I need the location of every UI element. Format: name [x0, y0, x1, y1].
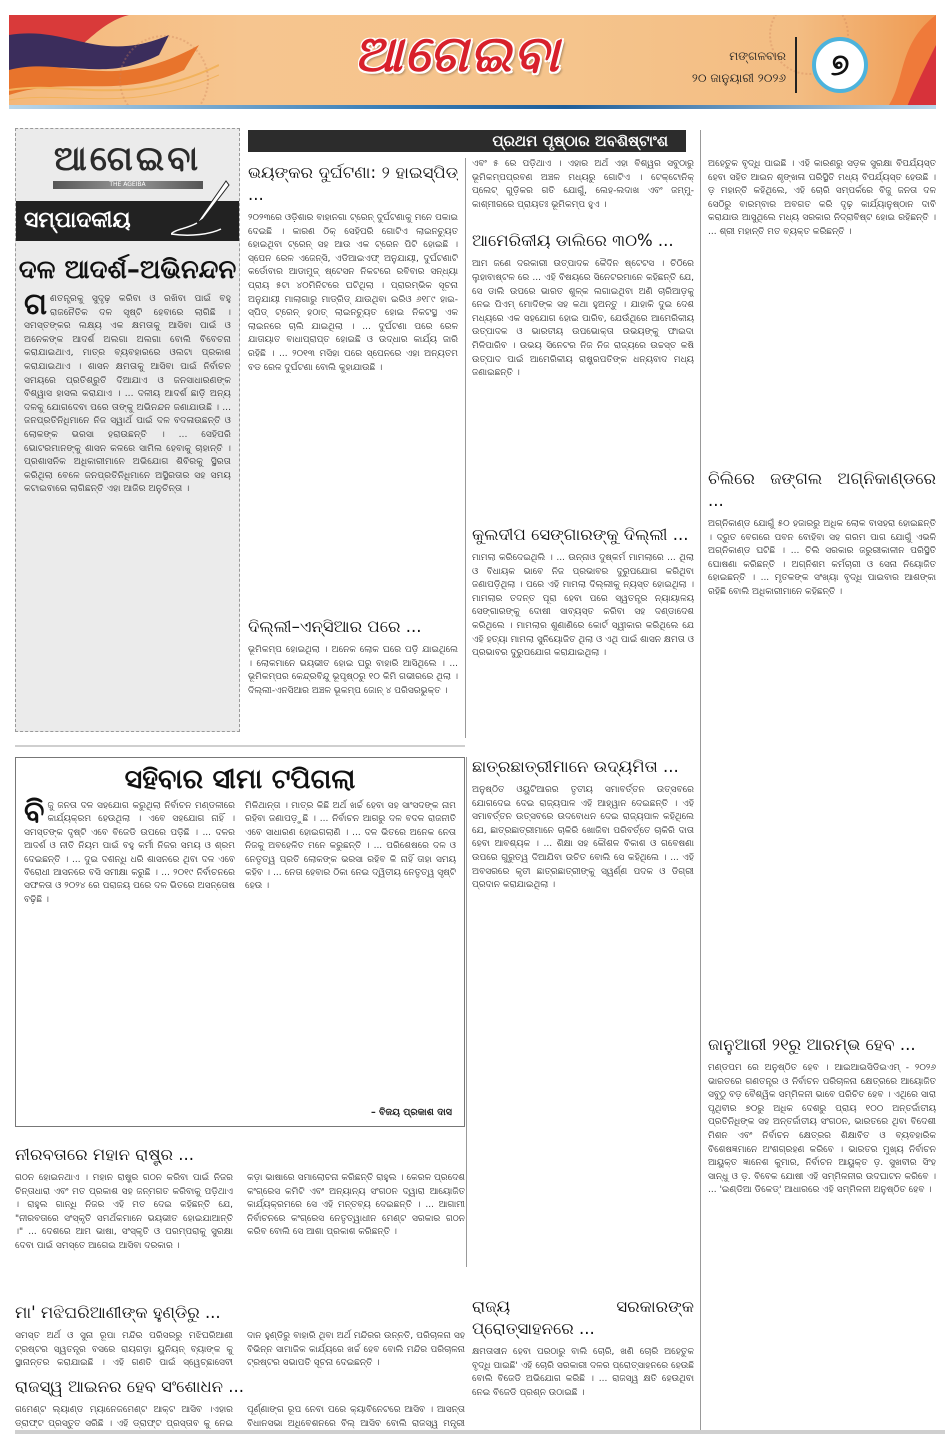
section-header: ପ୍ରଥମ ପୃଷ୍ଠାର ଅବଶିଷ୍ଟାଂଶ: [248, 130, 686, 152]
headline[interactable]: ଭୟଙ୍କର ଦୁର୍ଘଟଣା: ୨ ହାଇସ୍ପିଡ୍ ...: [248, 162, 458, 206]
headline[interactable]: ରାଜସ୍ୱ ଆଇନର ହେବ ସଂଶୋଧନ ...: [15, 1376, 465, 1398]
story-american-dal: ଏବଂ ୫ ରେ ପଡ଼ିଥାଏ । ଏହାର ଅର୍ଥ ଏହା ବିଶ୍ୱର …: [472, 158, 694, 533]
story-silence-nation: ନୀରବତାରେ ମହାନ ରାଷ୍ଟ୍ର ... ଗଠନ ହୋଇନଥାଏ । …: [15, 1140, 465, 1290]
editorial-banner-label: ସମ୍ପାଦକୀୟ: [24, 208, 131, 233]
story-body: ମାମଲା କରିଦେଇଥିଲି । ... ଉନ୍ନାଓ ଦୁଷ୍କର୍ମ ମ…: [472, 552, 694, 661]
story-col-1: ସମସ୍ତ ଅର୍ଥ ଓ ସୁନା ରୂପା ମନ୍ଦିର ପରିସରରୁ ମଝ…: [15, 1330, 233, 1370]
page-footer-rule: [15, 1430, 945, 1434]
story-col-1: ଗଠନ ହୋଇନଥାଏ । ମହାନ ରାଷ୍ଟ୍ର ଗଠନ କରିବା ପାଇ…: [15, 1172, 233, 1254]
headline[interactable]: ଛାତ୍ରଛାତ୍ରୀମାନେ ଉଦ୍ୟମିତା ...: [472, 756, 694, 778]
story-col-2: ପୂର୍ଣ୍ଣାଙ୍ଗ ରୂପ ନେବା ପରେ କ୍ୟାବିନେଟରେ ଆସି…: [247, 1404, 465, 1430]
masthead: ଆଗେଇବା ମଙ୍ଗଳବାର ୨୦ ଜାନୁୟାରୀ ୨୦୨୬ ୭: [9, 15, 936, 109]
story-delhi-ncr: ଦିଲ୍ଲୀ–ଏନ୍‌ସିଆର ପରେ ... ଭୂମିକମ୍ପ ହୋଇଥିଲା…: [248, 612, 458, 737]
page-number-badge: ୭: [812, 37, 868, 93]
featured-text: ଜୁ ଜନତା ଦଳ ସହଯୋଗ କରୁଥିଲା ନିର୍ବାଚନ ମଣ୍ଡଳୀ…: [24, 801, 235, 905]
featured-headline[interactable]: ସହିବାର ସୀମା ଟପିଗଲା: [16, 758, 464, 796]
story-chile-fire: ଅହେତୁକ ବୃଦ୍ଧି ପାଇଛି । ଏହି କାରଣରୁ ସଡ଼କ ସୁ…: [708, 158, 936, 1063]
weekday: ମଙ୍ଗଳବାର: [692, 45, 786, 67]
dropcap: ଗ: [24, 292, 47, 318]
headline[interactable]: ରାଜ୍ୟ ସରକାରଙ୍କ ପ୍ରୋତ୍ସାହନରେ ...: [472, 1296, 694, 1340]
story-columns: ଗମେଣ୍ଟ ଲ୍ୟାଣ୍ଡ ମ୍ୟାନେଜମେଣ୍ଟ ଆକ୍ଟ ଆସିବ ।ଏ…: [15, 1404, 465, 1430]
divider: [15, 745, 465, 747]
column-divider: [700, 130, 701, 1430]
dropcap: ବି: [24, 800, 44, 826]
story-body: ଅଗ୍ନିକାଣ୍ଡ ଯୋଗୁଁ ୫୦ ହଜାରରୁ ଅଧିକ ଲୋକ ବାସହ…: [708, 518, 936, 600]
editorial-box: ଆଗେଇବା THE AGEIBA ସମ୍ପାଦକୀୟ ଦଳ ଆଦର୍ଶ–ଅଭି…: [15, 128, 240, 732]
headline[interactable]: କୁଲଦୀପ ସେଙ୍ଗାରଙ୍କୁ ଦିଲ୍ଲୀ ...: [472, 524, 694, 546]
featured-col-2: ମିଳିଥାନ୍ତା । ମାତ୍ର କିଛି ଅର୍ଥ ଖର୍ଚ୍ଚ ହେବା…: [245, 800, 456, 907]
issue-date: ୨୦ ଜାନୁୟାରୀ ୨୦୨୬: [692, 67, 786, 89]
story-body: କ୍ଷମତାସୀନ ହେବା ପରଠାରୁ ବାଲି ଚୋରି, ଖଣି ଚୋର…: [472, 1346, 694, 1400]
date-block: ମଙ୍ଗଳବାର ୨୦ ଜାନୁୟାରୀ ୨୦୨୬: [692, 45, 786, 89]
pen-icon: [171, 179, 231, 239]
story-col-1: ଗମେଣ୍ଟ ଲ୍ୟାଣ୍ଡ ମ୍ୟାନେଜମେଣ୍ଟ ଆକ୍ଟ ଆସିବ ।ଏ…: [15, 1404, 233, 1430]
story-columns: ଗଠନ ହୋଇନଥାଏ । ମହାନ ରାଷ୍ଟ୍ର ଗଠନ କରିବା ପାଇ…: [15, 1172, 465, 1254]
featured-col-1: ବି ଜୁ ଜନତା ଦଳ ସହଯୋଗ କରୁଥିଲା ନିର୍ବାଚନ ମଣ୍…: [24, 800, 235, 907]
story-state-govt: ରାଜ୍ୟ ସରକାରଙ୍କ ପ୍ରୋତ୍ସାହନରେ ... କ୍ଷମତାସୀ…: [472, 1292, 694, 1432]
story-body: ମଣ୍ଡପମ ରେ ଅନୁଷ୍ଠିତ ହେବ । ଆଇଆଇସିଡିଇଏମ୍ - …: [708, 1062, 936, 1198]
editorial-body: ଗ ଣତନ୍ତ୍ରକୁ ସୁଦୃଢ଼ କରିବା ଓ ରଖିବା ପାଇଁ ବହ…: [16, 286, 239, 502]
story-body: ଭୂମିକମ୍ପ ହୋଇଥିଲା । ଅନେକ ଲୋକ ଘରେ ପଡ଼ି ଯାଇ…: [248, 644, 458, 698]
headline[interactable]: ଦିଲ୍ଲୀ–ଏନ୍‌ସିଆର ପରେ ...: [248, 616, 458, 638]
featured-body: ବି ଜୁ ଜନତା ଦଳ ସହଯୋଗ କରୁଥିଲା ନିର୍ବାଚନ ମଣ୍…: [16, 796, 464, 911]
story-body: ୨୦୨୩ରେ ଓଡ଼ିଶାର ବାହାନଗା ଟ୍ରେନ୍ ଦୁର୍ଘଟଣାକୁ…: [248, 212, 458, 375]
story-intro: ଏବଂ ୫ ରେ ପଡ଼ିଥାଏ । ଏହାର ଅର୍ଥ ଏହା ବିଶ୍ୱର …: [472, 158, 694, 212]
story-kuldeep-sengar: କୁଲଦୀପ ସେଙ୍ଗାରଙ୍କୁ ଦିଲ୍ଲୀ ... ମାମଲା କରିଦ…: [472, 520, 694, 740]
byline: – ବିଜୟ ପ୍ରକାଶ ଦାସ: [371, 1107, 452, 1118]
editorial-title: ଦଳ ଆଦର୍ଶ–ଅଭିନନ୍ଦନ: [16, 255, 239, 286]
divider: [795, 37, 797, 93]
editorial-banner: ସମ୍ପାଦକୀୟ: [16, 201, 239, 241]
newspaper-logo: ଆଗେଇବା: [354, 25, 561, 84]
headline[interactable]: ଜାନୁଆରୀ ୨୧ରୁ ଆରମ୍ଭ ହେବ ...: [708, 1034, 936, 1056]
story-columns: ସମସ୍ତ ଅର୍ଥ ଓ ସୁନା ରୂପା ମନ୍ଦିର ପରିସରରୁ ମଝ…: [15, 1330, 465, 1370]
story-col-2: ଦାନ ହୁଣ୍ଡିରୁ ବାହାରି ଥିବା ଅର୍ଥ ମନ୍ଦିରର ଉନ…: [247, 1330, 465, 1370]
story-body: ଆମ ଜଣେ ଦରକାରୀ ଉତ୍ପାଦକ କୈଦିନ ଷ୍ଟେଟସ । ଚିଠ…: [472, 258, 694, 380]
story-intro: ଅହେତୁକ ବୃଦ୍ଧି ପାଇଛି । ଏହି କାରଣରୁ ସଡ଼କ ସୁ…: [708, 158, 936, 458]
column-divider: [465, 158, 466, 738]
story-body: ଅନୁଷ୍ଠିତ ଓୟୁଟିଆରର ତୃତୀୟ ସମାବର୍ତ୍ତନ ଉତ୍ସବ…: [472, 784, 694, 893]
featured-story-box: ସହିବାର ସୀମା ଟପିଗଲା ବି ଜୁ ଜନତା ଦଳ ସହଯୋଗ କ…: [15, 757, 465, 1127]
editorial-logo: ଆଗେଇବା: [16, 129, 239, 179]
column-divider: [466, 757, 467, 1267]
story-january-21: ଜାନୁଆରୀ ୨୧ରୁ ଆରମ୍ଭ ହେବ ... ମଣ୍ଡପମ ରେ ଅନୁ…: [708, 1030, 936, 1430]
story-majhighariani: ମା' ମଝିଘରିଆଣୀଙ୍କ ହୁଣ୍ଡିରୁ ... ସମସ୍ତ ଅର୍ଥ…: [15, 1298, 465, 1370]
headline[interactable]: ଚିଲିରେ ଜଙ୍ଗଲ ଅଗ୍ନିକାଣ୍ଡରେ ...: [708, 468, 936, 512]
story-students: ଛାତ୍ରଛାତ୍ରୀମାନେ ଉଦ୍ୟମିତା ... ଅନୁଷ୍ଠିତ ଓୟ…: [472, 752, 694, 1280]
headline[interactable]: ନୀରବତାରେ ମହାନ ରାଷ୍ଟ୍ର ...: [15, 1144, 465, 1166]
headline[interactable]: ମା' ମଝିଘରିଆଣୀଙ୍କ ହୁଣ୍ଡିରୁ ...: [15, 1302, 465, 1324]
headline[interactable]: ଆମେରିକୀୟ ଡାଲିରେ ୩୦% ...: [472, 230, 694, 252]
story-revenue-law: ରାଜସ୍ୱ ଆଇନର ହେବ ସଂଶୋଧନ ... ଗମେଣ୍ଟ ଲ୍ୟାଣ୍…: [15, 1372, 465, 1430]
story-accident: ଭୟଙ୍କର ଦୁର୍ଘଟଣା: ୨ ହାଇସ୍ପିଡ୍ ... ୨୦୨୩ରେ …: [248, 158, 458, 578]
story-col-2: କଡ଼ା ଭାଷାରେ ସମାଲୋଚନା କରିଛନ୍ତି ରାହୁଲ । କେ…: [247, 1172, 465, 1254]
editorial-text: ଣତନ୍ତ୍ରକୁ ସୁଦୃଢ଼ କରିବା ଓ ରଖିବା ପାଇଁ ବହୁ …: [24, 293, 231, 494]
